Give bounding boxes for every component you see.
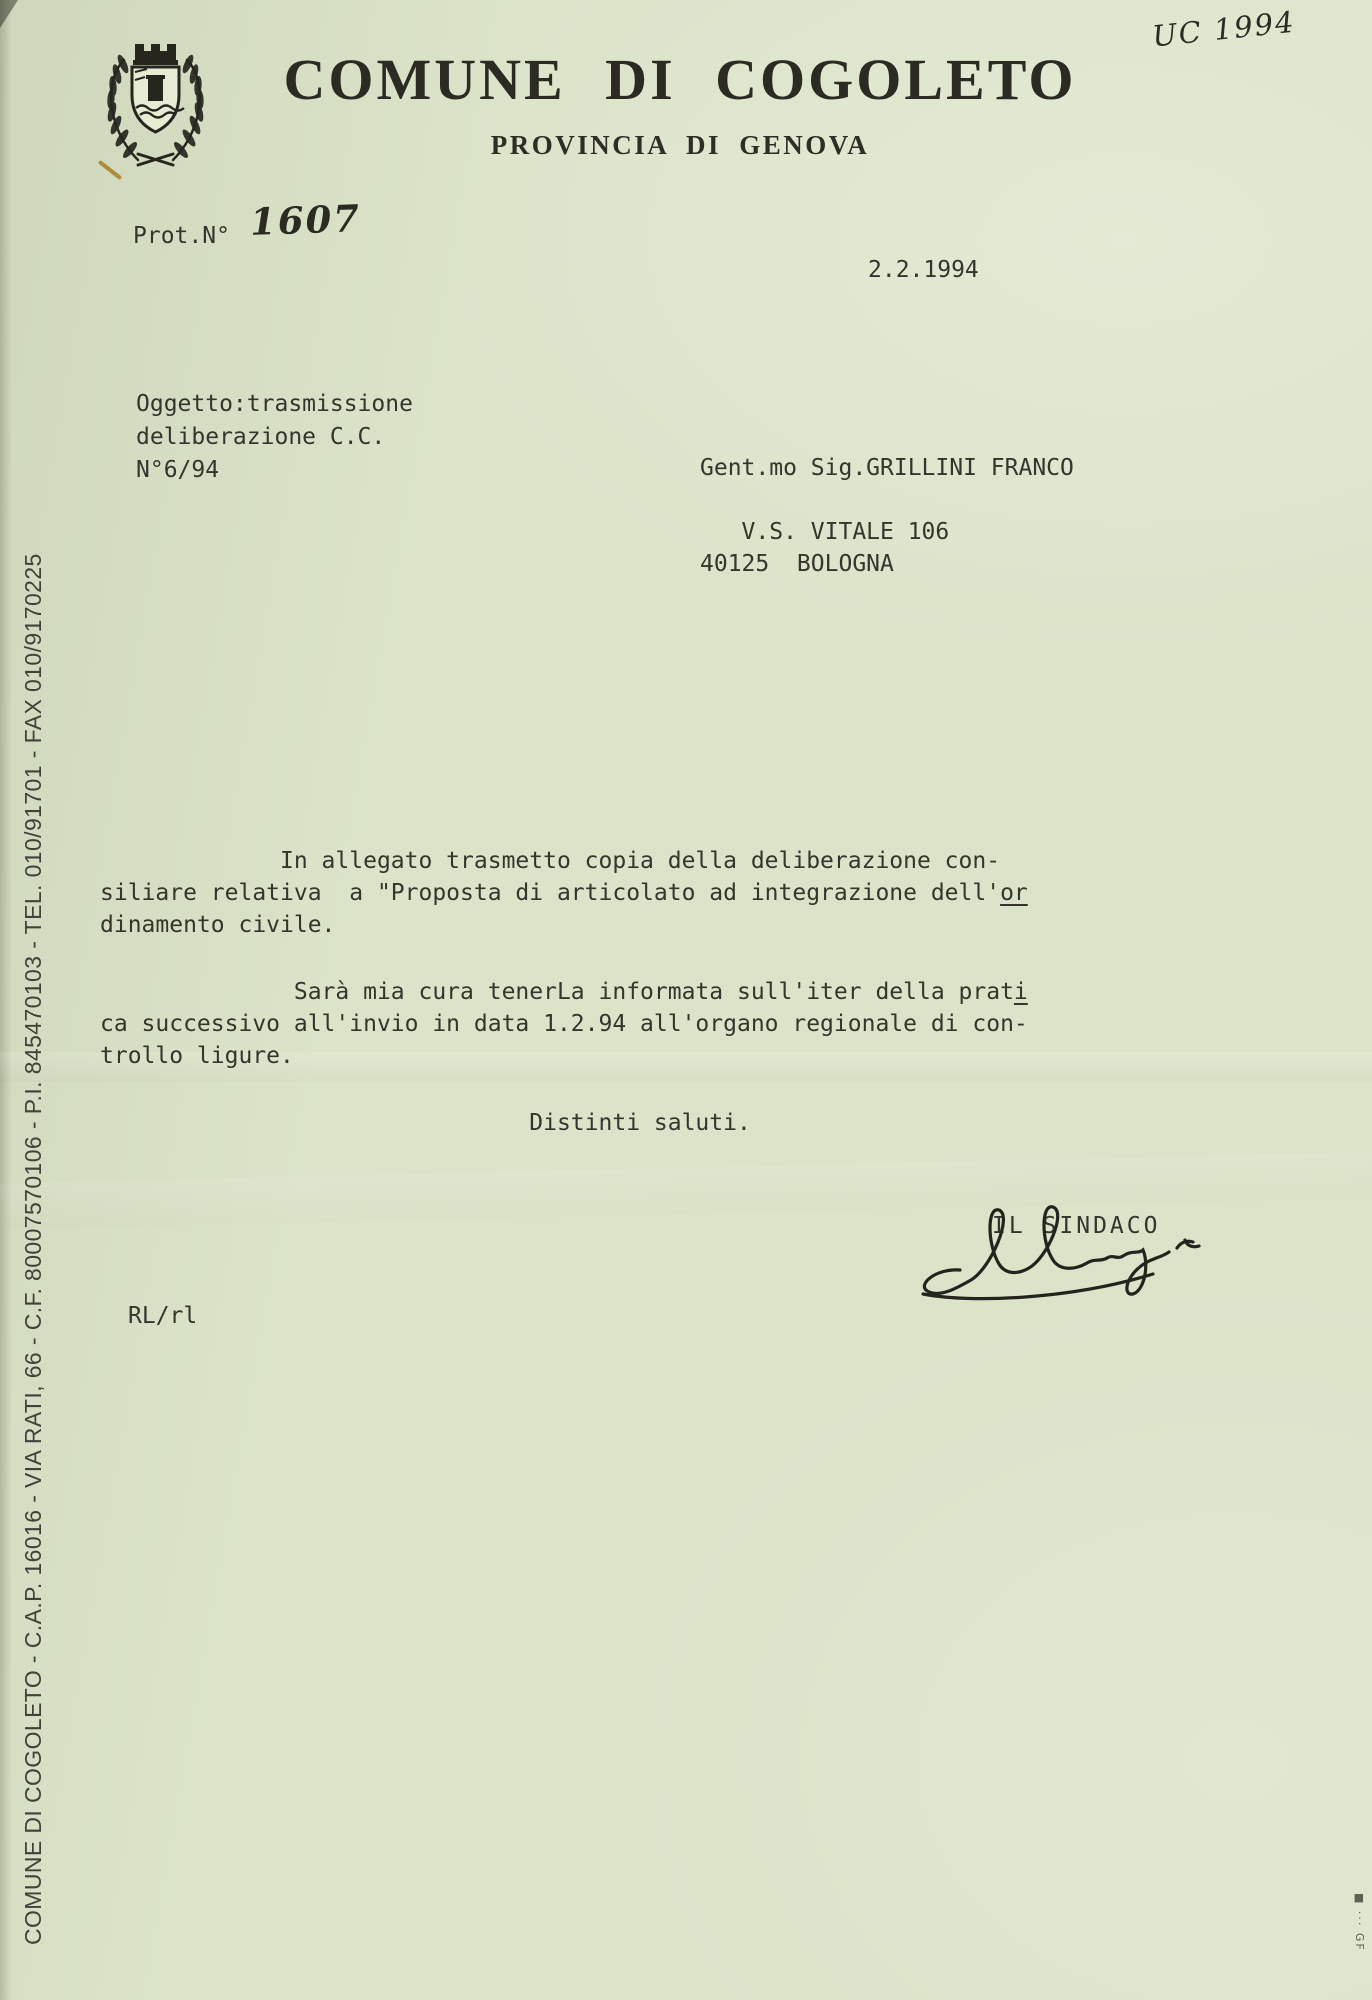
- handwritten-signature: [905, 1198, 1205, 1313]
- handwritten-archive-note: UC 1994: [1151, 5, 1297, 54]
- page-subtitle: PROVINCIA DI GENOVA: [230, 130, 1130, 161]
- recipient-block: Gent.mo Sig.GRILLINI FRANCO V.S. VITALE …: [700, 452, 1074, 580]
- protocol-label: Prot.N°: [133, 220, 230, 252]
- subject-block: Oggetto:trasmissione deliberazione C.C. …: [136, 388, 413, 487]
- letterhead-sidebar: COMUNE DI COGOLETO - C.A.P. 16016 - VIA …: [20, 553, 47, 1945]
- page-title: COMUNE DI COGOLETO: [230, 46, 1130, 113]
- body-text: In allegato trasmetto copia della delibe…: [100, 845, 1028, 1139]
- handwritten-protocol-number: 1607: [249, 196, 361, 244]
- scan-edge-shadow: [0, 0, 12, 2000]
- letter-date: 2.2.1994: [868, 254, 979, 286]
- scan-corner-artifact: [0, 0, 18, 28]
- printer-corner-mark: ■ ··· GF: [1353, 1893, 1366, 1952]
- coat-of-arms-icon: [78, 34, 233, 174]
- typist-initials: RL/rl: [128, 1300, 197, 1332]
- scanned-letter-page: COMUNE DI COGOLETO PROVINCIA DI GENOVA U…: [0, 0, 1372, 2000]
